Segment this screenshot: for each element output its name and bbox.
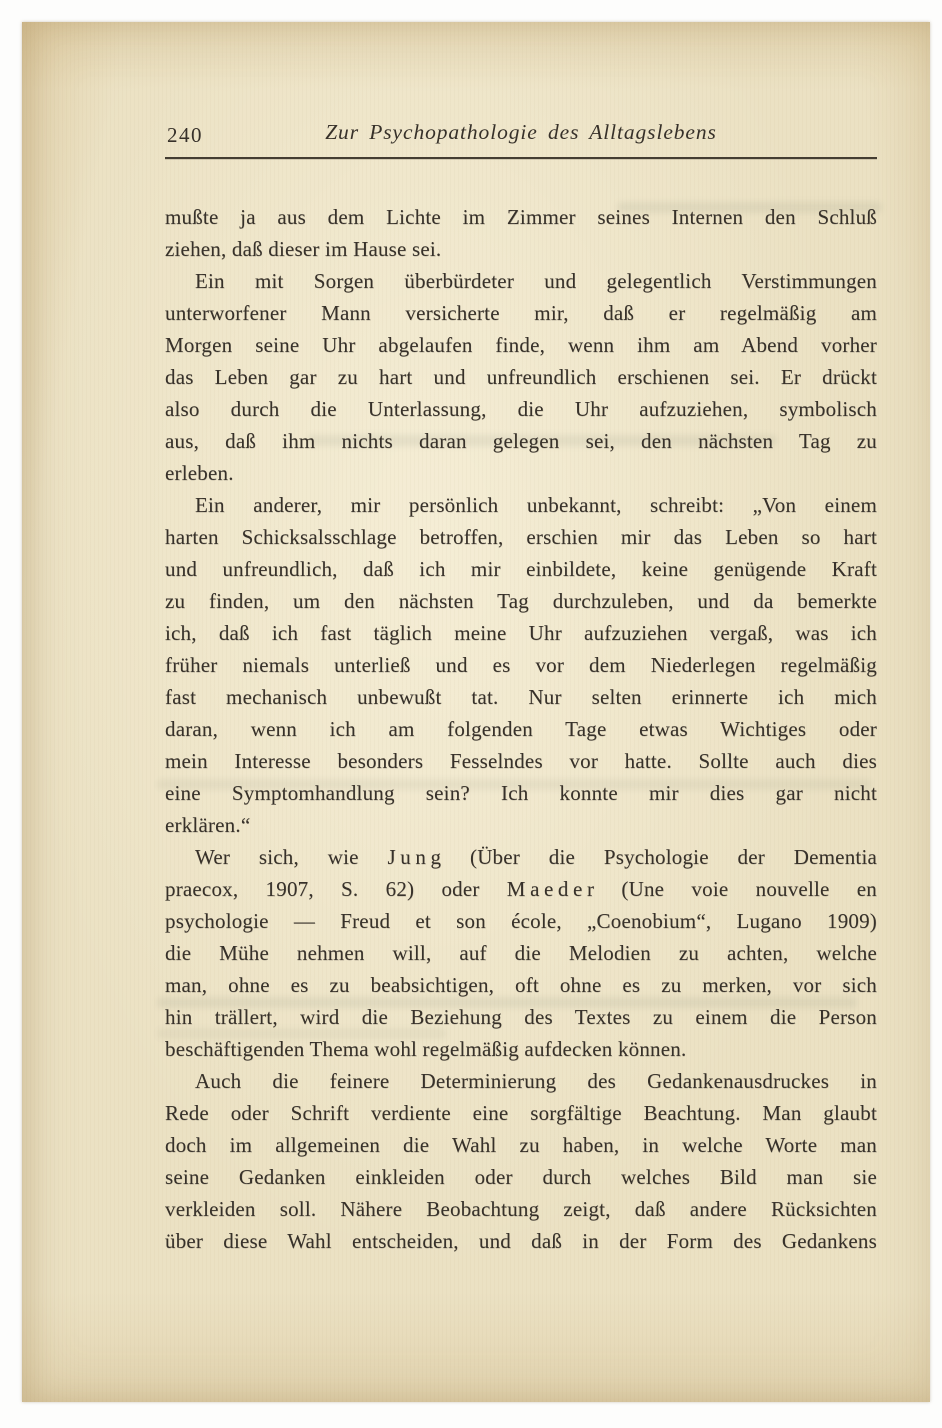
paragraph: Ein mit Sorgen überbürdeter und gelegent…	[165, 265, 877, 489]
text-line: Ein mit Sorgen überbürdeter und gelegent…	[165, 265, 877, 297]
paragraph: mußte ja aus dem Lichte im Zimmer seines…	[165, 201, 877, 265]
text-line: fast mechanisch unbewußt tat. Nur selten…	[165, 681, 877, 713]
text-line: psychologie — Freud et son école, „Coeno…	[165, 905, 877, 937]
text-line: früher niemals unterließ und es vor dem …	[165, 649, 877, 681]
paragraph: Auch die feinere Determinierung des Geda…	[165, 1065, 877, 1257]
text-line: die Mühe nehmen will, auf die Melodien z…	[165, 937, 877, 969]
page-header: 240 Zur Psychopathologie des Alltagslebe…	[165, 120, 877, 152]
text-line: hin trällert, wird die Beziehung des Tex…	[165, 1001, 877, 1033]
text-line: mußte ja aus dem Lichte im Zimmer seines…	[165, 201, 877, 233]
text-line: ich, daß ich fast täglich meine Uhr aufz…	[165, 617, 877, 649]
text-block: mußte ja aus dem Lichte im Zimmer seines…	[165, 201, 877, 1257]
text-line: Rede oder Schrift verdiente eine sorgfäl…	[165, 1097, 877, 1129]
text-line: seine Gedanken einkleiden oder durch wel…	[165, 1161, 877, 1193]
text-line: und unfreundlich, daß ich mir einbildete…	[165, 553, 877, 585]
text-line: erklären.“	[165, 809, 877, 841]
running-title: Zur Psychopathologie des Alltagslebens	[165, 120, 877, 145]
text-column: 240 Zur Psychopathologie des Alltagslebe…	[165, 120, 877, 1257]
book-page-scan: 240 Zur Psychopathologie des Alltagslebe…	[22, 22, 930, 1402]
header-rule	[165, 157, 877, 159]
text-line: also durch die Unterlassung, die Uhr auf…	[165, 393, 877, 425]
text-line: ziehen, daß dieser im Hause sei.	[165, 233, 877, 265]
text-line: eine Symptomhandlung sein? Ich konnte mi…	[165, 777, 877, 809]
text-line: beschäftigenden Thema wohl regelmäßig au…	[165, 1033, 877, 1065]
paragraph: Wer sich, wie J u n g (Über die Psycholo…	[165, 841, 877, 1065]
text-line: daran, wenn ich am folgenden Tage etwas …	[165, 713, 877, 745]
text-line: über diese Wahl entscheiden, und daß in …	[165, 1225, 877, 1257]
text-line: aus, daß ihm nichts daran gelegen sei, d…	[165, 425, 877, 457]
text-line: man, ohne es zu beabsichtigen, oft ohne …	[165, 969, 877, 1001]
text-line: zu finden, um den nächsten Tag durchzule…	[165, 585, 877, 617]
paragraph: Ein anderer, mir persönlich unbekannt, s…	[165, 489, 877, 841]
text-line: harten Schicksalsschlage betroffen, ersc…	[165, 521, 877, 553]
text-line: unterworfener Mann versicherte mir, daß …	[165, 297, 877, 329]
text-line: mein Interesse besonders Fesselndes vor …	[165, 745, 877, 777]
text-line: Ein anderer, mir persönlich unbekannt, s…	[165, 489, 877, 521]
page-number: 240	[167, 123, 203, 148]
text-line: praecox, 1907, S. 62) oder M a e d e r (…	[165, 873, 877, 905]
text-line: doch im allgemeinen die Wahl zu haben, i…	[165, 1129, 877, 1161]
text-line: erleben.	[165, 457, 877, 489]
text-line: Wer sich, wie J u n g (Über die Psycholo…	[165, 841, 877, 873]
text-line: verkleiden soll. Nähere Beobachtung zeig…	[165, 1193, 877, 1225]
text-line: Auch die feinere Determinierung des Geda…	[165, 1065, 877, 1097]
text-line: Morgen seine Uhr abgelaufen finde, wenn …	[165, 329, 877, 361]
text-line: das Leben gar zu hart und unfreundlich e…	[165, 361, 877, 393]
